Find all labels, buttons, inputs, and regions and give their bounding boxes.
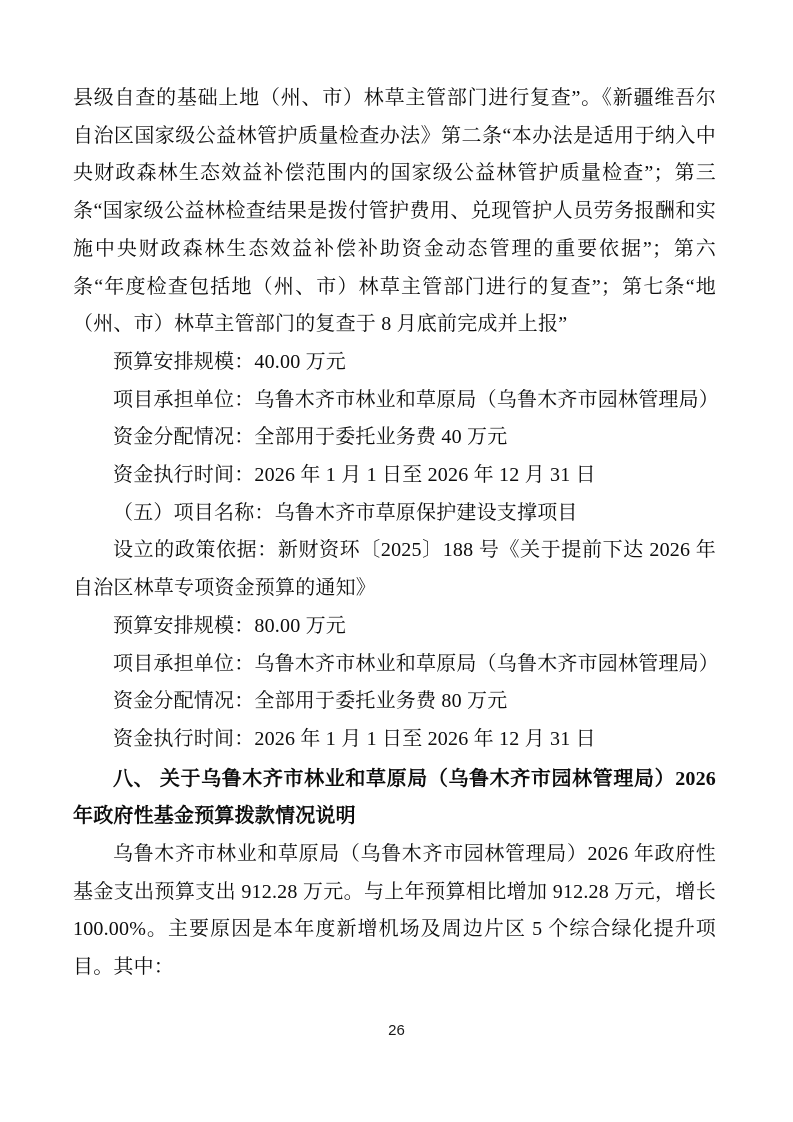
paragraph-regulation-citation: 县级自查的基础上地（州、市）林草主管部门进行复查”。《新疆维吾尔自治区国家级公益… [73,80,716,344]
project5-name-line: （五）项目名称：乌鲁木齐市草原保护建设支撑项目 [73,495,716,533]
project5-policy-basis-line: 设立的政策依据：新财资环〔2025〕188 号《关于提前下达 2026 年自治区… [73,532,716,607]
page-number: 26 [0,1022,793,1039]
fund-allocation-line-project5: 资金分配情况：全部用于委托业务费 80 万元 [73,683,716,721]
budget-scale-line-project4: 预算安排规模：40.00 万元 [73,344,716,382]
fund-execution-line-project4: 资金执行时间：2026 年 1 月 1 日至 2026 年 12 月 31 日 [73,457,716,495]
gov-fund-summary-paragraph: 乌鲁木齐市林业和草原局（乌鲁木齐市园林管理局）2026 年政府性基金支出预算支出… [73,836,716,987]
section-8-heading: 八、 关于乌鲁木齐市林业和草原局（乌鲁木齐市园林管理局）2026 年政府性基金预… [73,761,716,836]
project-undertaker-line-project5: 项目承担单位：乌鲁木齐市林业和草原局（乌鲁木齐市园林管理局） [73,646,716,684]
project-undertaker-line-project4: 项目承担单位：乌鲁木齐市林业和草原局（乌鲁木齐市园林管理局） [73,382,716,420]
fund-allocation-line-project4: 资金分配情况：全部用于委托业务费 40 万元 [73,419,716,457]
fund-execution-line-project5: 资金执行时间：2026 年 1 月 1 日至 2026 年 12 月 31 日 [73,721,716,759]
document-page: 县级自查的基础上地（州、市）林草主管部门进行复查”。《新疆维吾尔自治区国家级公益… [73,80,716,987]
budget-scale-line-project5: 预算安排规模：80.00 万元 [73,608,716,646]
